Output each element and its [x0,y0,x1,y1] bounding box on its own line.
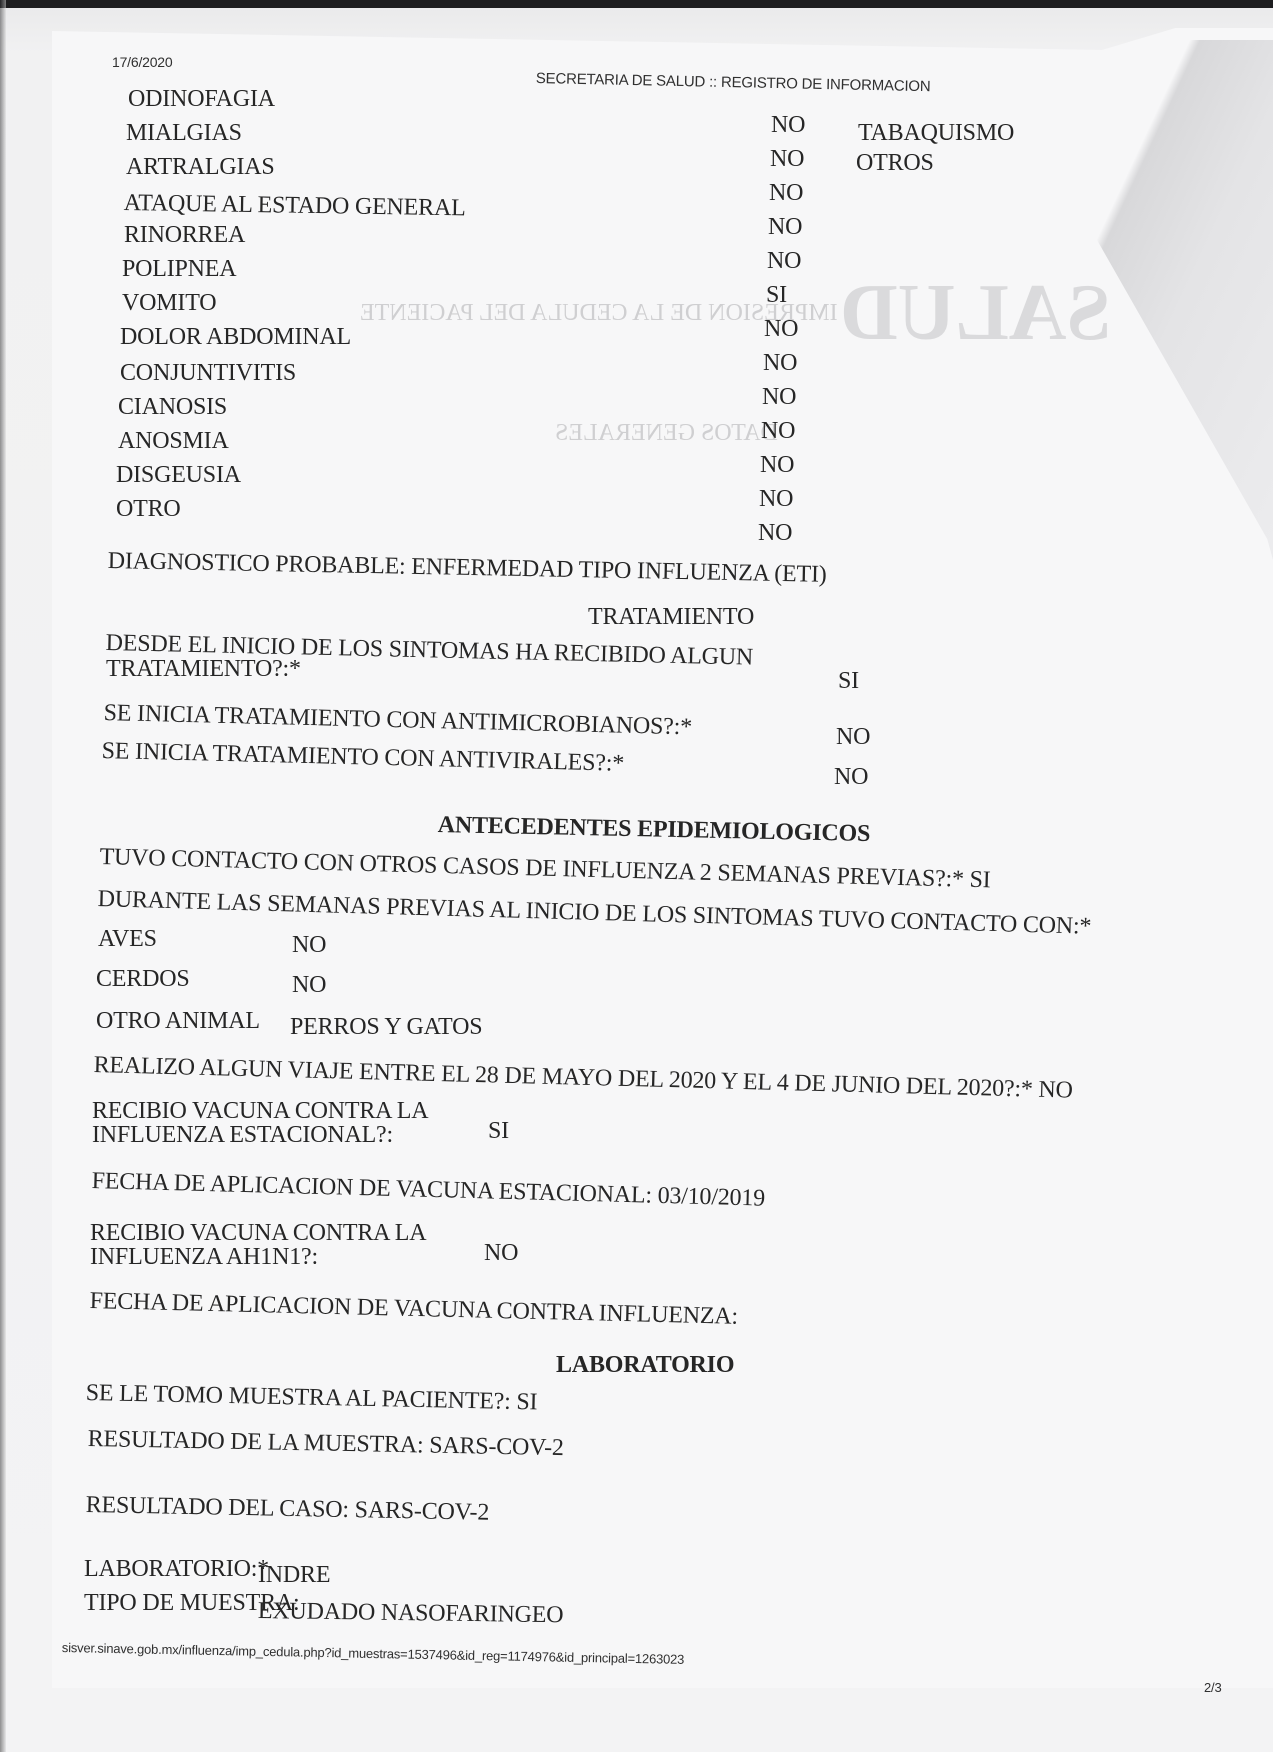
symptom-label: CONJUNTIVITIS [120,360,296,387]
animal-value-otro: PERROS Y GATOS [290,1014,482,1041]
symptom-value: NO [762,384,796,411]
page-number: 2/3 [1204,1680,1221,1695]
symptom-label: VOMITO [122,290,216,317]
symptom-label: OTRO [116,496,181,523]
animal-label-cerdos: CERDOS [96,966,190,993]
laboratory-value: INDRE [258,1562,330,1589]
symptom-label: POLIPNEA [122,256,236,283]
symptom-label: ODINOFAGIA [128,86,275,113]
symptom-value: NO [770,146,804,173]
seasonal-vaccine-question-cont: INFLUENZA ESTACIONAL?: [92,1122,393,1149]
treatment-received-value: SI [838,668,859,695]
symptom-value: NO [759,486,793,513]
bleed-through-section: DATOS GENERALES [555,420,778,447]
symptom-label: ATAQUE AL ESTADO GENERAL [124,190,466,222]
symptom-value: NO [768,214,802,241]
treatment-question-received-cont: TRATAMIENTO?:* [106,656,301,683]
condition-label-otros: OTROS [856,150,934,177]
seasonal-vaccine-value: SI [488,1118,509,1145]
print-date: 17/6/2020 [112,54,172,70]
symptom-label: DOLOR ABDOMINAL [120,324,351,351]
seasonal-vaccine-question: RECIBIO VACUNA CONTRA LA [92,1098,428,1125]
symptom-label: RINORREA [124,222,245,249]
symptom-label: DISGEUSIA [116,462,241,489]
symptom-label: CIANOSIS [118,394,227,421]
ah1n1-vaccine-question-cont: INFLUENZA AH1N1?: [90,1244,318,1271]
antimicrobials-value: NO [836,724,870,751]
section-heading-laboratory: LABORATORIO [556,1352,734,1379]
ah1n1-vaccine-question: RECIBIO VACUNA CONTRA LA [90,1220,426,1247]
scan-shadow [0,0,6,1752]
animal-value-aves: NO [292,932,326,959]
symptom-value: NO [763,350,797,377]
symptom-value: NO [758,520,792,547]
symptom-value: SI [766,282,787,309]
sample-type-value: EXUDADO NASOFARINGEO [258,1598,564,1629]
section-heading-treatment: TRATAMIENTO [588,604,754,631]
condition-label-tabaquismo: TABAQUISMO [858,120,1014,147]
animal-label-aves: AVES [98,926,157,953]
antivirals-value: NO [834,764,868,791]
symptom-value: NO [760,452,794,479]
animal-label-otro: OTRO ANIMAL [96,1008,260,1035]
symptom-value: NO [771,112,805,139]
symptom-label: MIALGIAS [126,120,242,147]
scan-border [0,0,1273,8]
symptom-value: NO [764,316,798,343]
symptom-value: NO [767,248,801,275]
symptom-value: NO [761,418,795,445]
laboratory-label: LABORATORIO:* [84,1556,269,1583]
ah1n1-vaccine-value: NO [484,1240,518,1267]
symptom-value: NO [769,180,803,207]
symptom-label: ARTRALGIAS [126,154,275,181]
symptom-label: ANOSMIA [118,428,229,455]
animal-value-cerdos: NO [292,972,326,999]
bleed-through-logo: SALUD [840,268,1111,359]
